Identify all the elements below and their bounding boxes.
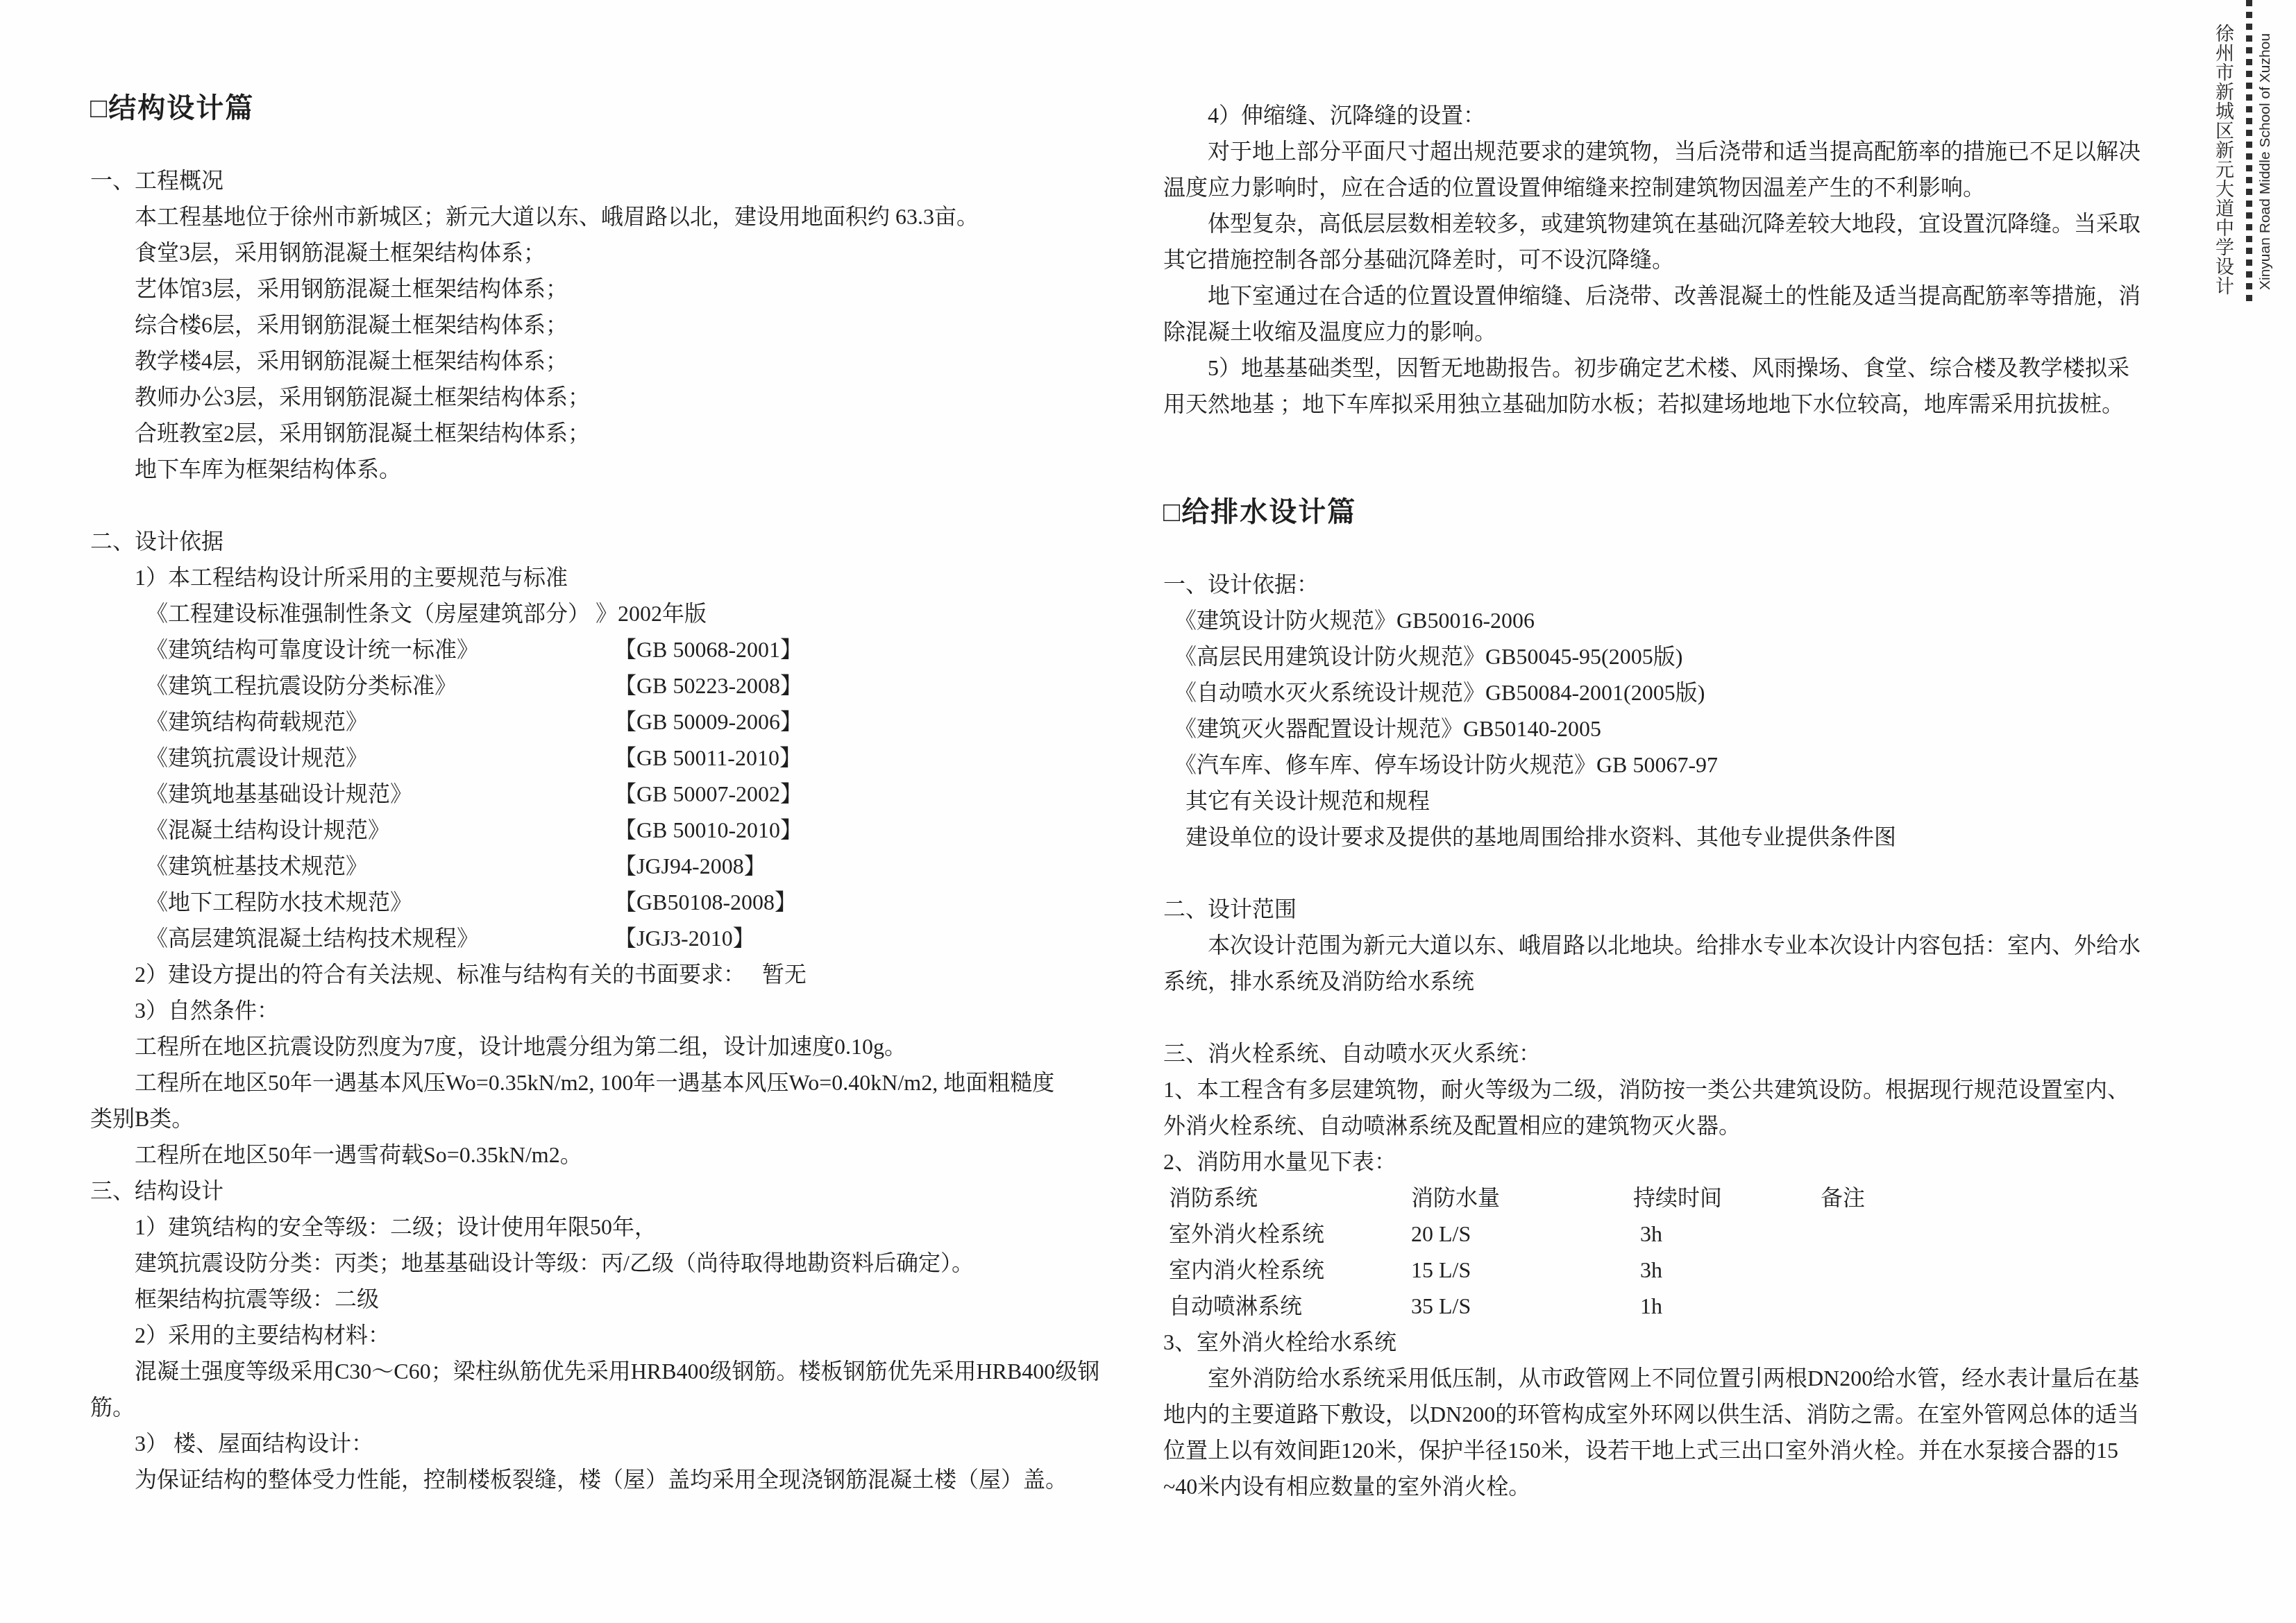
text-line: 除混凝土收缩及温度应力的影响。 (1163, 314, 2225, 350)
fire-water-table: 消防系统 消防水量 持续时间 备注 室外消火栓系统 20 L/S 3h 室内消火… (1163, 1180, 2225, 1324)
text-line (1163, 999, 2225, 1035)
text-line: 一、工程概况 (90, 162, 1097, 198)
standard-code: 【JGJ3-2010】 (614, 920, 755, 956)
line-text: 其它措施控制各部分基础沉降差时，可不设沉降缝。 (1163, 247, 1674, 272)
line-text: 外消火栓系统、自动喷淋系统及配置相应的建筑物灭火器。 (1163, 1113, 1741, 1138)
text-line: 《建筑设计防火规范》GB50016-2006 (1163, 602, 2225, 638)
line-text: 温度应力影响时，应在合适的位置设置伸缩缝来控制建筑物因温差产生的不利影响。 (1163, 175, 1985, 200)
text-line: 筋。 (90, 1389, 1097, 1425)
text-line (90, 487, 1097, 523)
table-cell: 自动喷淋系统 (1169, 1288, 1302, 1324)
line-text: 《建筑结构可靠度设计统一标准》 (90, 637, 479, 662)
text-line: 外消火栓系统、自动喷淋系统及配置相应的建筑物灭火器。 (1163, 1107, 2225, 1144)
line-text: 其它有关设计规范和规程 (1163, 788, 1430, 813)
line-text: 工程所在地区抗震设防烈度为7度，设计地震分组为第二组，设计加速度0.10g。 (90, 1034, 906, 1059)
text-line: 1、本工程含有多层建筑物，耐火等级为二级，消防按一类公共建筑设防。根据现行规范设… (1163, 1071, 2225, 1107)
line-text: ~40米内设有相应数量的室外消火栓。 (1163, 1474, 1530, 1499)
project-title-vertical-en: Xinyuan Road Middle School of Xuzhou (2257, 22, 2274, 290)
line-text: 位置上以有效间距120米，保护半径150米，设若干地上式三出口室外消火栓。并在水… (1163, 1438, 2118, 1463)
line-text: 体型复杂，高低层层数相差较多，或建筑物建筑在基础沉降差较大地段，宜设置沉降缝。当… (1163, 211, 2141, 236)
line-text: 地下车库为框架结构体系。 (90, 457, 401, 482)
text-line: 3、室外消火栓给水系统 (1163, 1324, 2225, 1360)
text-line: □给排水设计篇 (1163, 494, 2225, 530)
line-text: 除混凝土收缩及温度应力的影响。 (1163, 319, 1496, 344)
line-text: 用天然地基 ；地下车库拟采用独立基础加防水板；若拟建场地地下水位较高，地库需采用… (1163, 391, 2124, 416)
structural-design-lines: □结构设计篇一、工程概况 本工程基地位于徐州市新城区；新元大道以东、峨眉路以北，… (90, 90, 1097, 1497)
line-text: 4）伸缩缝、沉降缝的设置： (1163, 103, 1485, 128)
table-header-cell: 消防系统 (1169, 1180, 1258, 1216)
line-text: 《高层建筑混凝土结构技术规程》 (90, 926, 479, 951)
text-line: 其它有关设计规范和规程 (1163, 783, 2225, 819)
line-text: 《混凝土结构设计规范》 (90, 817, 390, 842)
plumbing-design-column: 4）伸缩缝、沉降缝的设置： 对于地上部分平面尺寸超出规范要求的建筑物，当后浇带和… (1163, 97, 2225, 1504)
table-cell: 室内消火栓系统 (1169, 1252, 1324, 1288)
text-line: 二、设计范围 (1163, 891, 2225, 927)
line-text: 2、消防用水量见下表： (1163, 1149, 1396, 1174)
standard-code: 【GB 50223-2008】 (614, 668, 802, 704)
table-row: 室外消火栓系统 20 L/S 3h (1163, 1216, 2225, 1252)
table-row: 自动喷淋系统 35 L/S 1h (1163, 1288, 2225, 1324)
text-line: 工程所在地区抗震设防烈度为7度，设计地震分组为第二组，设计加速度0.10g。 (90, 1028, 1097, 1064)
table-cell: 15 L/S (1411, 1252, 1471, 1288)
line-text: 混凝土强度等级采用C30～C60；梁柱纵筋优先采用HRB400级钢筋。楼板钢筋优… (90, 1359, 1099, 1384)
table-header-cell: 消防水量 (1411, 1180, 1500, 1216)
plumbing-design-lines-bottom: 3、室外消火栓给水系统 室外消防给水系统采用低压制，从市政管网上不同位置引两根D… (1163, 1324, 2225, 1504)
text-line: 《建筑结构可靠度设计统一标准》【GB 50068-2001】 (90, 631, 1097, 668)
line-text: 《建筑灭火器配置设计规范》GB50140-2005 (1163, 716, 1601, 741)
text-line: 《建筑结构荷载规范》【GB 50009-2006】 (90, 704, 1097, 740)
line-text: 本工程基地位于徐州市新城区；新元大道以东、峨眉路以北，建设用地面积约 63.3亩… (90, 204, 979, 229)
standard-code: 【GB 50068-2001】 (614, 631, 802, 668)
text-line: 地下车库为框架结构体系。 (90, 451, 1097, 487)
standard-code: 【GB50108-2008】 (614, 884, 797, 920)
text-line: 3） 楼、屋面结构设计： (90, 1425, 1097, 1461)
table-header-cell: 持续时间 (1633, 1180, 1722, 1216)
line-text: 《建筑工程抗震设防分类标准》 (90, 673, 457, 698)
line-text: 一、设计依据： (1163, 572, 1319, 597)
plumbing-design-lines-top: 4）伸缩缝、沉降缝的设置： 对于地上部分平面尺寸超出规范要求的建筑物，当后浇带和… (1163, 97, 2225, 1180)
text-line: 《建筑工程抗震设防分类标准》【GB 50223-2008】 (90, 668, 1097, 704)
table-cell: 1h (1640, 1288, 1662, 1324)
text-line: 艺体馆3层，采用钢筋混凝土框架结构体系； (90, 271, 1097, 307)
line-text: 教学楼4层，采用钢筋混凝土框架结构体系； (90, 348, 568, 373)
line-text: 三、消火栓系统、自动喷水灭火系统： (1163, 1041, 1541, 1066)
line-text: 二、设计范围 (1163, 897, 1297, 921)
text-line: 本次设计范围为新元大道以东、峨眉路以北地块。给排水专业本次设计内容包括：室内、外… (1163, 927, 2225, 963)
dashed-divider (2246, 0, 2252, 303)
text-line: 2、消防用水量见下表： (1163, 1144, 2225, 1180)
line-text: 工程所在地区50年一遇基本风压Wo=0.35kN/m2, 100年一遇基本风压W… (90, 1070, 1054, 1095)
line-text: 教师办公3层，采用钢筋混凝土框架结构体系； (90, 384, 590, 409)
line-text: 《建筑结构荷载规范》 (90, 709, 368, 734)
line-text: 地下室通过在合适的位置设置伸缩缝、后浇带、改善混凝土的性能及适当提高配筋率等措施… (1163, 283, 2141, 308)
line-text: 1）本工程结构设计所采用的主要规范与标准 (90, 565, 568, 590)
text-line: 工程所在地区50年一遇雪荷载So=0.35kN/m2。 (90, 1137, 1097, 1173)
table-header-cell: 备注 (1821, 1180, 1865, 1216)
text-line: 三、结构设计 (90, 1173, 1097, 1209)
table-cell: 35 L/S (1411, 1288, 1471, 1324)
text-line: 地下室通过在合适的位置设置伸缩缝、后浇带、改善混凝土的性能及适当提高配筋率等措施… (1163, 278, 2225, 314)
line-text: 建筑抗震设防分类：丙类；地基基础设计等级：丙/乙级（尚待取得地勘资料后确定）。 (90, 1250, 974, 1275)
text-line: 《自动喷水灭火系统设计规范》GB50084-2001(2005版) (1163, 674, 2225, 711)
line-text: □结构设计篇 (90, 92, 254, 124)
text-line: 系统，排水系统及消防给水系统 (1163, 963, 2225, 999)
table-cell: 3h (1640, 1216, 1662, 1252)
line-text: 地内的主要道路下敷设，以DN200的环管构成室外环网以供生活、消防之需。在室外管… (1163, 1402, 2139, 1427)
line-text: 筋。 (90, 1395, 135, 1420)
text-line (1163, 422, 2225, 458)
text-line: 本工程基地位于徐州市新城区；新元大道以东、峨眉路以北，建设用地面积约 63.3亩… (90, 198, 1097, 235)
text-line: 《建筑灭火器配置设计规范》GB50140-2005 (1163, 711, 2225, 747)
text-line (90, 126, 1097, 162)
line-text: 对于地上部分平面尺寸超出规范要求的建筑物，当后浇带和适当提高配筋率的措施已不足以… (1163, 139, 2141, 164)
line-text: 《建筑设计防火规范》GB50016-2006 (1163, 608, 1535, 633)
standard-code: 【JGJ94-2008】 (614, 848, 766, 884)
text-line: 用天然地基 ；地下车库拟采用独立基础加防水板；若拟建场地地下水位较高，地库需采用… (1163, 386, 2225, 422)
line-text: 二、设计依据 (90, 529, 223, 554)
text-line: 体型复杂，高低层层数相差较多，或建筑物建筑在基础沉降差较大地段，宜设置沉降缝。当… (1163, 205, 2225, 241)
text-line: 二、设计依据 (90, 523, 1097, 559)
project-title-vertical-cn: 徐州市新城区新元大道中学设计 (2210, 24, 2237, 301)
line-text: 类别B类。 (90, 1106, 194, 1131)
text-line: 综合楼6层，采用钢筋混凝土框架结构体系； (90, 307, 1097, 343)
standard-code: 【GB 50007-2002】 (614, 776, 802, 812)
line-text: 三、结构设计 (90, 1178, 223, 1203)
line-text: 3）自然条件： (90, 998, 279, 1023)
standard-code: 【GB 50011-2010】 (614, 740, 802, 776)
text-line: 《建筑桩基技术规范》【JGJ94-2008】 (90, 848, 1097, 884)
text-line: 三、消火栓系统、自动喷水灭火系统： (1163, 1035, 2225, 1071)
line-text: 建设单位的设计要求及提供的基地周围给排水资料、其他专业提供条件图 (1163, 824, 1896, 849)
line-text: 《自动喷水灭火系统设计规范》GB50084-2001(2005版) (1163, 680, 1705, 705)
table-cell: 3h (1640, 1252, 1662, 1288)
line-text: 为保证结构的整体受力性能，控制楼板裂缝，楼（屋）盖均采用全现浇钢筋混凝土楼（屋）… (90, 1467, 1067, 1492)
text-line (1163, 855, 2225, 891)
text-line (1163, 530, 2225, 566)
standard-code: 【GB 50010-2010】 (614, 812, 802, 848)
text-line: 《建筑抗震设计规范》【GB 50011-2010】 (90, 740, 1097, 776)
text-line (1163, 458, 2225, 494)
text-line: 4）伸缩缝、沉降缝的设置： (1163, 97, 2225, 133)
line-text: 系统，排水系统及消防给水系统 (1163, 969, 1474, 994)
text-line: 混凝土强度等级采用C30～C60；梁柱纵筋优先采用HRB400级钢筋。楼板钢筋优… (90, 1353, 1097, 1389)
text-line: 位置上以有效间距120米，保护半径150米，设若干地上式三出口室外消火栓。并在水… (1163, 1432, 2225, 1468)
text-line: 工程所在地区50年一遇基本风压Wo=0.35kN/m2, 100年一遇基本风压W… (90, 1064, 1097, 1101)
text-line: 对于地上部分平面尺寸超出规范要求的建筑物，当后浇带和适当提高配筋率的措施已不足以… (1163, 133, 2225, 169)
line-text: 3） 楼、屋面结构设计： (90, 1431, 373, 1456)
line-text: 《汽车库、修车库、停车场设计防火规范》GB 50067-97 (1163, 752, 1718, 777)
text-line: 《工程建设标准强制性条文（房屋建筑部分） 》2002年版 (90, 595, 1097, 631)
line-text: 1）建筑结构的安全等级：二级；设计使用年限50年， (90, 1214, 657, 1239)
line-text: 《建筑抗震设计规范》 (90, 745, 368, 770)
text-line: 2）采用的主要结构材料： (90, 1317, 1097, 1353)
text-line: 合班教室2层，采用钢筋混凝土框架结构体系； (90, 415, 1097, 451)
text-line: 1）建筑结构的安全等级：二级；设计使用年限50年， (90, 1209, 1097, 1245)
text-line: 2）建设方提出的符合有关法规、标准与结构有关的书面要求： 暂无 (90, 956, 1097, 992)
text-line: 《建筑地基基础设计规范》【GB 50007-2002】 (90, 776, 1097, 812)
text-line: 类别B类。 (90, 1101, 1097, 1137)
line-text: □给排水设计篇 (1163, 496, 1356, 527)
table-row: 室内消火栓系统 15 L/S 3h (1163, 1252, 2225, 1288)
document-page: □结构设计篇一、工程概况 本工程基地位于徐州市新城区；新元大道以东、峨眉路以北，… (0, 0, 2296, 1623)
table-header-row: 消防系统 消防水量 持续时间 备注 (1163, 1180, 2225, 1216)
line-text: 合班教室2层，采用钢筋混凝土框架结构体系； (90, 420, 590, 445)
line-text: 食堂3层，采用钢筋混凝土框架结构体系； (90, 240, 546, 265)
line-text: 2）采用的主要结构材料： (90, 1323, 390, 1348)
line-text: 5）地基基础类型，因暂无地勘报告。初步确定艺术楼、风雨操场、食堂、综合楼及教学楼… (1163, 355, 2129, 380)
text-line: 《高层建筑混凝土结构技术规程》【JGJ3-2010】 (90, 920, 1097, 956)
text-line: 5）地基基础类型，因暂无地勘报告。初步确定艺术楼、风雨操场、食堂、综合楼及教学楼… (1163, 350, 2225, 386)
line-text: 《地下工程防水技术规范》 (90, 890, 412, 915)
line-text: 工程所在地区50年一遇雪荷载So=0.35kN/m2。 (90, 1142, 582, 1167)
line-text: 1、本工程含有多层建筑物，耐火等级为二级，消防按一类公共建筑设防。根据现行规范设… (1163, 1077, 2129, 1102)
line-text: 2）建设方提出的符合有关法规、标准与结构有关的书面要求： 暂无 (90, 962, 807, 987)
text-line: 其它措施控制各部分基础沉降差时，可不设沉降缝。 (1163, 241, 2225, 278)
text-line: 教师办公3层，采用钢筋混凝土框架结构体系； (90, 379, 1097, 415)
text-line: ~40米内设有相应数量的室外消火栓。 (1163, 1468, 2225, 1504)
line-text: 《高层民用建筑设计防火规范》GB50045-95(2005版) (1163, 644, 1682, 669)
line-text: 框架结构抗震等级：二级 (90, 1286, 379, 1311)
text-line: 《高层民用建筑设计防火规范》GB50045-95(2005版) (1163, 638, 2225, 674)
line-text: 本次设计范围为新元大道以东、峨眉路以北地块。给排水专业本次设计内容包括：室内、外… (1163, 933, 2141, 958)
line-text: 3、室外消火栓给水系统 (1163, 1329, 1396, 1354)
text-line: 建设单位的设计要求及提供的基地周围给排水资料、其他专业提供条件图 (1163, 819, 2225, 855)
text-line: □结构设计篇 (90, 90, 1097, 126)
text-line: 地内的主要道路下敷设，以DN200的环管构成室外环网以供生活、消防之需。在室外管… (1163, 1396, 2225, 1432)
text-line: 《汽车库、修车库、停车场设计防火规范》GB 50067-97 (1163, 747, 2225, 783)
text-line: 食堂3层，采用钢筋混凝土框架结构体系； (90, 235, 1097, 271)
table-cell: 20 L/S (1411, 1216, 1471, 1252)
text-line: 一、设计依据： (1163, 566, 2225, 602)
line-text: 《工程建设标准强制性条文（房屋建筑部分） 》2002年版 (90, 601, 707, 626)
text-line: 《混凝土结构设计规范》【GB 50010-2010】 (90, 812, 1097, 848)
line-text: 艺体馆3层，采用钢筋混凝土框架结构体系； (90, 276, 568, 301)
table-cell: 室外消火栓系统 (1169, 1216, 1324, 1252)
text-line: 框架结构抗震等级：二级 (90, 1281, 1097, 1317)
text-line: 室外消防给水系统采用低压制，从市政管网上不同位置引两根DN200给水管，经水表计… (1163, 1360, 2225, 1396)
standard-code: 【GB 50009-2006】 (614, 704, 802, 740)
text-line: 3）自然条件： (90, 992, 1097, 1028)
text-line: 温度应力影响时，应在合适的位置设置伸缩缝来控制建筑物因温差产生的不利影响。 (1163, 169, 2225, 205)
line-text: 《建筑桩基技术规范》 (90, 853, 368, 878)
structural-design-column: □结构设计篇一、工程概况 本工程基地位于徐州市新城区；新元大道以东、峨眉路以北，… (90, 90, 1097, 1497)
line-text: 《建筑地基基础设计规范》 (90, 781, 412, 806)
text-line: 1）本工程结构设计所采用的主要规范与标准 (90, 559, 1097, 595)
text-line: 建筑抗震设防分类：丙类；地基基础设计等级：丙/乙级（尚待取得地勘资料后确定）。 (90, 1245, 1097, 1281)
line-text: 一、工程概况 (90, 168, 223, 193)
text-line: 教学楼4层，采用钢筋混凝土框架结构体系； (90, 343, 1097, 379)
text-line: 为保证结构的整体受力性能，控制楼板裂缝，楼（屋）盖均采用全现浇钢筋混凝土楼（屋）… (90, 1461, 1097, 1497)
line-text: 综合楼6层，采用钢筋混凝土框架结构体系； (90, 312, 568, 337)
text-line: 《地下工程防水技术规范》【GB50108-2008】 (90, 884, 1097, 920)
line-text: 室外消防给水系统采用低压制，从市政管网上不同位置引两根DN200给水管，经水表计… (1163, 1366, 2139, 1391)
